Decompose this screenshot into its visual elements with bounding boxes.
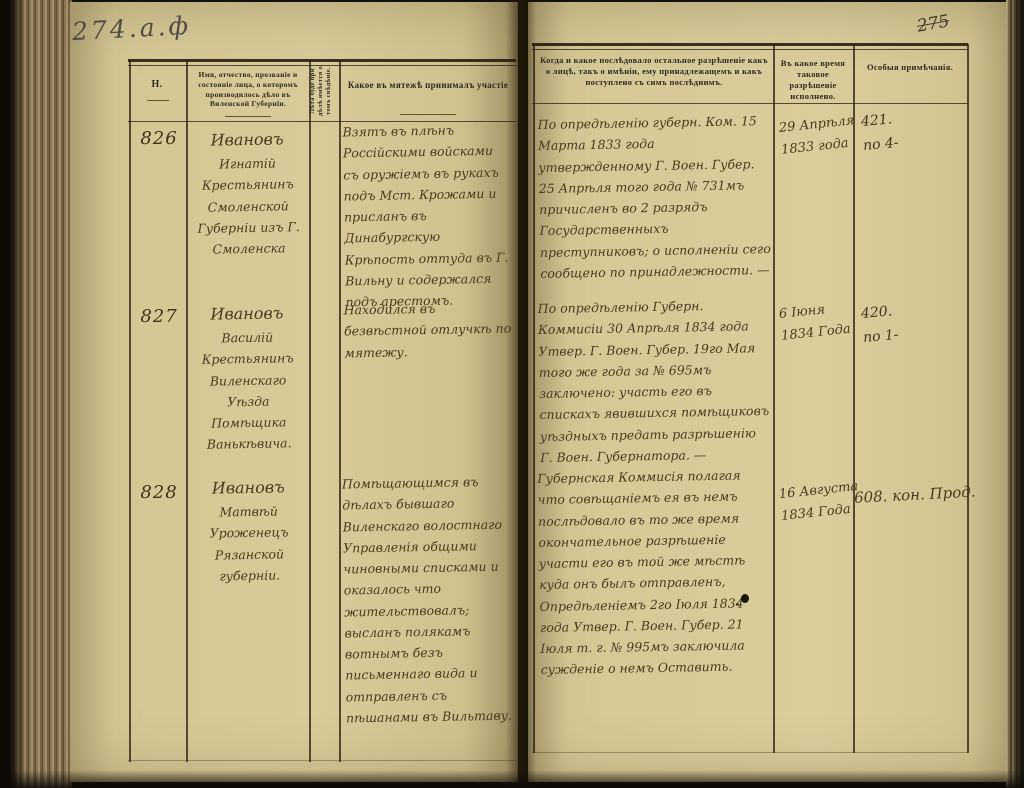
header-name-column: Имя, отчество, прозваніе и состояніе лиц… [189, 70, 307, 109]
header-remarks-column: Особыя примѣчанія. [857, 62, 963, 73]
entry-827-name: Ивановъ Василій Крестьянинъ Виленскаго У… [188, 299, 309, 456]
book-page-edges-left [0, 0, 72, 788]
book-page-edges-right [1006, 0, 1024, 788]
entry-828-time-executed: 16 Августа 1834 Года [778, 476, 862, 528]
entry-827-resolution: По опредѣленію Губерн. Коммисіи 30 Апрѣл… [538, 294, 773, 468]
header-number-column: Н. [130, 78, 184, 91]
entry-828-participation: Помѣщающимся въ дѣлахъ бывшаго Виленскаг… [342, 471, 514, 729]
table-rule [532, 103, 968, 104]
entry-828-number: 828 [134, 478, 184, 509]
scanned-register-spread: 274.а.ф 275 Н. Имя, отчество, прозваніе … [0, 0, 1024, 788]
table-rule [532, 49, 968, 50]
table-rule [773, 44, 775, 753]
ink-blot [741, 594, 749, 603]
entry-828-name: Ивановъ Матвѣй Уроженецъ Рязанской губер… [188, 473, 310, 587]
entry-826-time-executed: 29 Апрѣля 1833 года [778, 110, 858, 162]
entry-826-number: 826 [134, 124, 184, 155]
table-rule [186, 60, 188, 762]
header-resolution-column: Когда и какое послѣдовало остальное разр… [538, 55, 770, 88]
table-rule [532, 43, 968, 46]
table-rule [532, 752, 968, 753]
table-rule [309, 60, 311, 762]
entry-826-name: Ивановъ Игнатій Крестьянинъ Смоленской Г… [188, 125, 308, 260]
ink-blot [736, 603, 739, 606]
entry-827-remarks: 420. по 1- [860, 297, 934, 351]
entry-827-time-executed: 6 Іюня 1834 Года [778, 296, 858, 348]
table-rule [129, 60, 131, 762]
entry-826-participation: Взятъ въ плѣнъ Россійскими войсками съ о… [342, 119, 513, 313]
header-time-executed-column: Въ какое время таковое разрѣшеніе исполн… [777, 58, 849, 102]
header-participation-column: Какое въ мятежѣ принималъ участіе [342, 80, 514, 92]
table-rule [967, 44, 969, 753]
header-underline [147, 100, 169, 101]
bottom-shadow [0, 770, 1024, 788]
entry-827-number: 827 [134, 302, 184, 333]
header-age-column: Лѣта буде при дѣлѣ имѣется о томъ свѣдѣн… [309, 62, 339, 120]
header-underline [225, 116, 271, 117]
table-rule [339, 60, 341, 762]
entry-826-resolution: По опредѣленію губерн. Ком. 15 Марта 183… [538, 110, 773, 284]
table-rule [533, 44, 535, 753]
entry-826-remarks: 421. по 4- [860, 105, 934, 159]
header-underline [400, 114, 456, 115]
entry-828-resolution: Губернская Коммисія полагая что совѣщані… [537, 464, 773, 681]
entry-827-participation: Находился въ безвѣстной отлучкѣ по мятеж… [343, 297, 512, 364]
